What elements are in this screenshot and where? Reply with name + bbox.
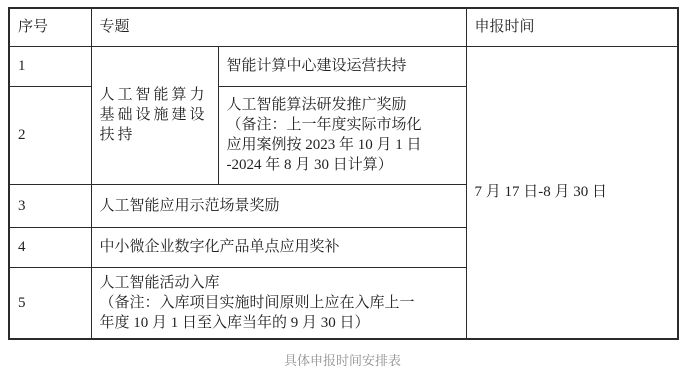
header-topic: 专题 [91, 8, 466, 46]
topic-cell-4: 中小微企业数字化产品单点应用奖补 [91, 227, 466, 267]
serial-cell-1: 1 [9, 46, 91, 86]
application-schedule-table-container: 序号 专题 申报时间 1 人工智能算力 基础设施建设 扶持 智能计算中心建设运营… [8, 7, 677, 340]
subtopic-cell-2: 人工智能算法研发推广奖励 （备注：上一年度实际市场化 应用案例按 2023 年 … [218, 86, 466, 184]
header-row: 序号 专题 申报时间 [9, 8, 678, 46]
serial-cell-2: 2 [9, 86, 91, 184]
table-caption: 具体申报时间安排表 [8, 350, 677, 369]
serial-cell-4: 4 [9, 227, 91, 267]
application-time-cell: 7 月 17 日-8 月 30 日 [466, 46, 678, 339]
header-application-time: 申报时间 [466, 8, 678, 46]
header-serial-number: 序号 [9, 8, 91, 46]
topic-cell-5: 人工智能活动入库 （备注：入库项目实施时间原则上应在入库上一 年度 10 月 1… [91, 267, 466, 339]
topic-cell-3: 人工智能应用示范场景奖励 [91, 184, 466, 227]
merged-topic-cell: 人工智能算力 基础设施建设 扶持 [91, 46, 218, 184]
subtopic-cell-1: 智能计算中心建设运营扶持 [218, 46, 466, 86]
table-row-1: 1 人工智能算力 基础设施建设 扶持 智能计算中心建设运营扶持 7 月 17 日… [9, 46, 678, 86]
serial-cell-5: 5 [9, 267, 91, 339]
application-schedule-table: 序号 专题 申报时间 1 人工智能算力 基础设施建设 扶持 智能计算中心建设运营… [8, 7, 679, 340]
serial-cell-3: 3 [9, 184, 91, 227]
